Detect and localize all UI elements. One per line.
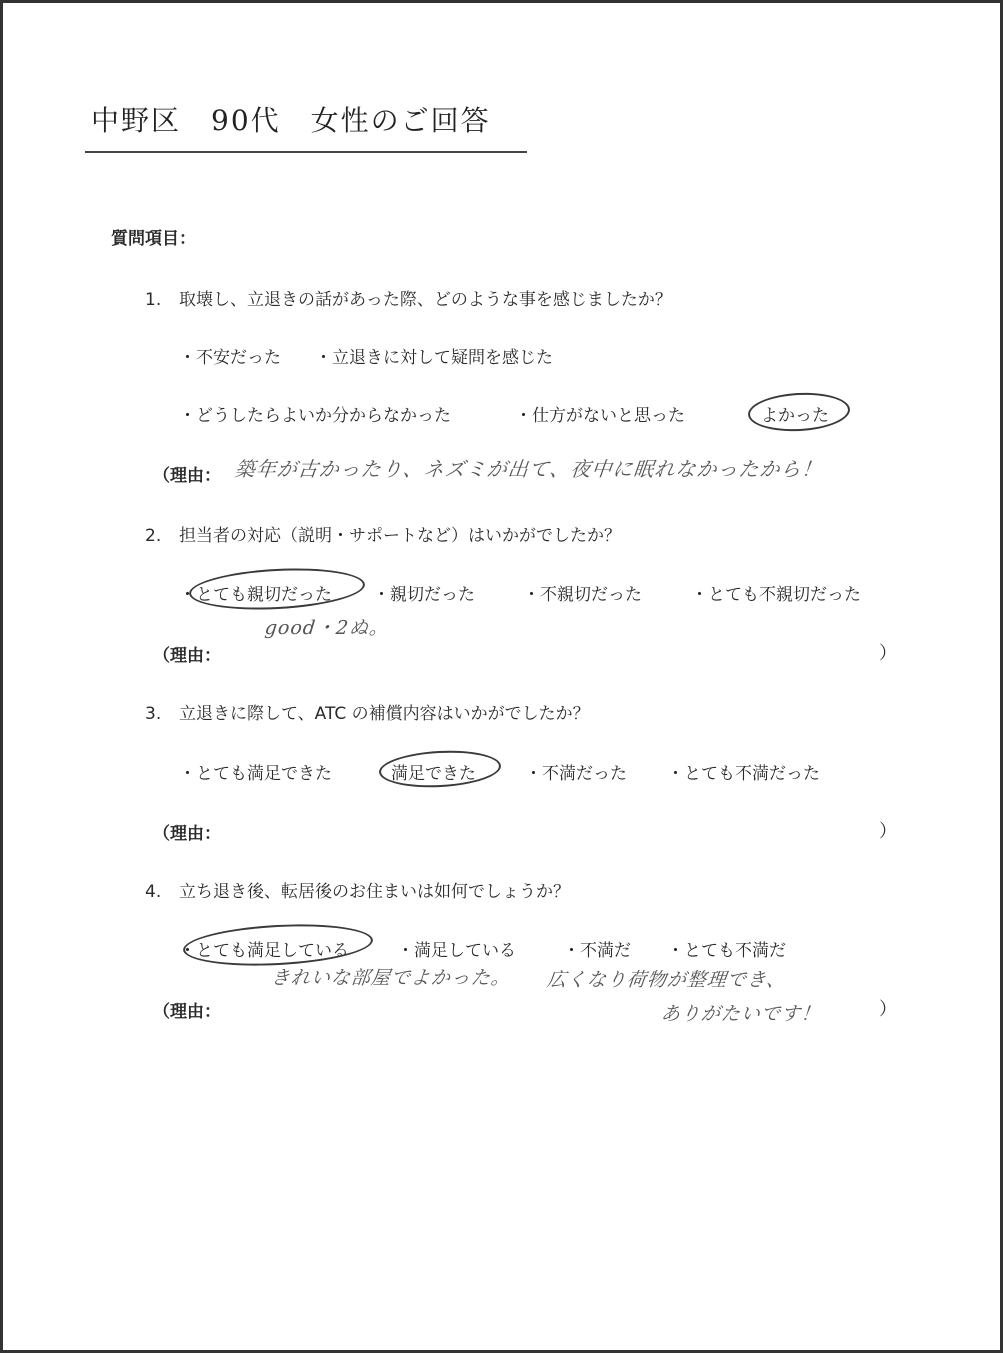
question-number: 2.	[145, 526, 179, 546]
page-title: 中野区 90代 女性のご回答	[91, 99, 491, 139]
question-number: 1.	[145, 290, 179, 310]
q2-reason-label: （理由：	[153, 641, 221, 666]
q2-option-kind[interactable]: ・親切だった	[373, 580, 475, 605]
q2-option-very-unkind[interactable]: ・とても不親切だった	[691, 580, 861, 605]
q1-option-doubt[interactable]: ・立退きに対して疑問を感じた	[315, 343, 553, 368]
question-text: 立ち退き後、転居後のお住まいは如何でしょうか？	[179, 882, 570, 902]
q4-reason-close: ）	[879, 995, 897, 1021]
q2-selection-circle	[188, 564, 366, 613]
q4-option-dissatisfied[interactable]: ・不満だ	[563, 936, 631, 961]
q3-reason-close: ）	[879, 817, 897, 843]
title-underline	[85, 151, 527, 153]
question-text: 取壊し、立退きの話があった際、どのような事を感じましたか？	[179, 290, 672, 310]
q2-reason-close: ）	[879, 639, 897, 665]
q1-handwritten-reason: 築年が古かったり、ネズミが出て、夜中に眠れなかったから！	[233, 453, 824, 482]
question-number: 4.	[145, 882, 179, 902]
q3-option-dissatisfied[interactable]: ・不満だった	[525, 759, 627, 784]
survey-page: 中野区 90代 女性のご回答 質問項目： 1.取壊し、立退きの話があった際、どの…	[0, 0, 1003, 1353]
q1-option-didnt-know[interactable]: ・どうしたらよいか分からなかった	[179, 401, 451, 426]
q1-option-anxious[interactable]: ・不安だった	[179, 343, 281, 368]
q3-selection-circle	[378, 748, 502, 790]
question-text: 担当者の対応（説明・サポートなど）はいかがでしたか？	[179, 526, 621, 546]
q1-reason-label: （理由：	[153, 461, 221, 486]
question-3: 3.立退きに際して、ATC の補償内容はいかがでしたか？	[145, 699, 590, 724]
question-text: 立退きに際して、ATC の補償内容はいかがでしたか？	[179, 704, 590, 724]
q4-handwritten-reason-2: 広くなり荷物が整理でき、	[546, 965, 788, 992]
section-label: 質問項目：	[111, 224, 196, 249]
q2-option-unkind[interactable]: ・不親切だった	[523, 580, 642, 605]
q4-option-very-dissatisfied[interactable]: ・とても不満だ	[667, 936, 786, 961]
q1-option-no-choice[interactable]: ・仕方がないと思った	[515, 401, 685, 426]
q4-reason-label: （理由：	[153, 997, 221, 1022]
q2-handwritten-note: good・2ぬ。	[264, 613, 391, 640]
question-number: 3.	[145, 704, 179, 724]
q4-handwritten-reason-3: ありがたいです！	[660, 999, 823, 1026]
q4-handwritten-reason-1: きれいな部屋でよかった。	[270, 963, 513, 990]
q3-reason-label: （理由：	[153, 819, 221, 844]
q1-selection-circle	[747, 390, 851, 433]
question-1: 1.取壊し、立退きの話があった際、どのような事を感じましたか？	[145, 285, 672, 310]
q3-option-very-satisfied[interactable]: ・とても満足できた	[179, 759, 332, 784]
q3-option-very-dissatisfied[interactable]: ・とても不満だった	[667, 759, 820, 784]
question-2: 2.担当者の対応（説明・サポートなど）はいかがでしたか？	[145, 521, 621, 546]
q4-option-satisfied[interactable]: ・満足している	[397, 936, 516, 961]
question-4: 4.立ち退き後、転居後のお住まいは如何でしょうか？	[145, 877, 570, 902]
